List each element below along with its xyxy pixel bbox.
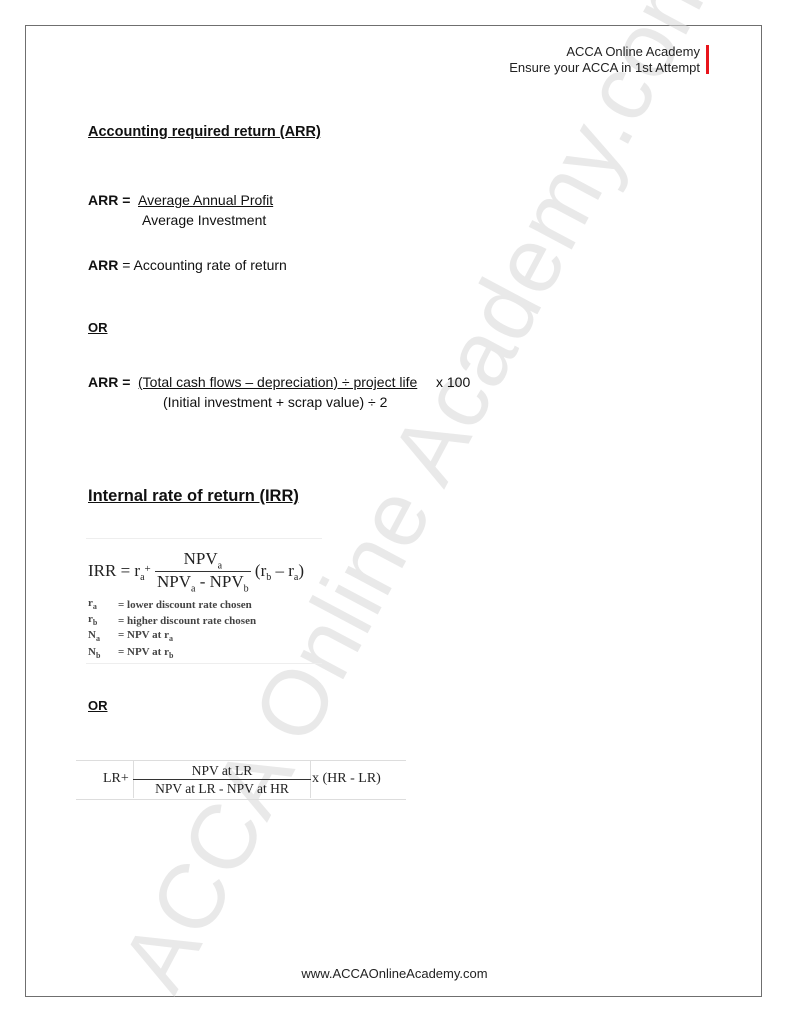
irr-formula: IRR = ra+ NPVa NPVa - NPVb (rb – ra) [88,549,304,595]
irr-heading: Internal rate of return (IRR) [88,487,299,506]
legend-symbol: ra [88,597,118,613]
arr-formula-1: ARR = [88,192,130,208]
irr-tail-end: ) [298,561,304,580]
legend-symbol: Na [88,629,118,645]
irr-formula-image: IRR = ra+ NPVa NPVa - NPVb (rb – ra) ra=… [86,538,322,664]
arr-formula-1-denominator: Average Investment [142,212,266,228]
irr-plus: + [145,563,151,575]
irr-den-b: NPV [210,572,244,591]
arr-formula-2-multiplier: x 100 [436,374,470,390]
legend-meaning-text: = NPV at r [118,629,169,641]
legend-meaning-sub: a [169,635,173,644]
lr-fraction-cell: NPV at LR NPV at LR - NPV at HR [133,760,311,798]
legend-symbol-text: N [88,629,96,641]
header-accent-bar [706,45,709,74]
arr-formula-1-numerator: Average Annual Profit [138,192,273,208]
irr-num-sub: a [218,560,222,571]
irr-num-text: NPV [184,549,218,568]
arr-heading: Accounting required return (ARR) [88,124,321,140]
legend-meaning: = higher discount rate chosen [118,613,256,629]
irr-tail-mid: – r [271,561,294,580]
legend-meaning: = NPV at rb [118,646,256,662]
irr-legend-row: Na= NPV at ra [88,629,256,645]
legend-meaning: = NPV at ra [118,629,256,645]
footer-url: www.ACCAOnlineAcademy.com [0,966,789,981]
legend-symbol-sub: a [93,602,97,611]
legend-meaning-text: = higher discount rate chosen [118,615,256,627]
irr-denominator: NPVa - NPVb [155,572,251,594]
irr-or-label: OR [88,698,108,713]
lr-formula-image: LR+ NPV at LR NPV at LR - NPV at HR x (H… [76,760,406,800]
legend-symbol: Nb [88,646,118,662]
lr-tail: x (HR - LR) [312,771,381,787]
legend-meaning: = lower discount rate chosen [118,597,256,613]
header-tagline: Ensure your ACCA in 1st Attempt [509,60,700,76]
irr-lhs: IRR = r [88,561,140,580]
lr-numerator: NPV at LR [134,760,310,779]
lr-lhs: LR+ [103,771,129,787]
legend-symbol-sub: b [93,618,97,627]
arr-formula-2-numerator: (Total cash flows – depreciation) ÷ proj… [138,374,417,390]
legend-meaning-text: = NPV at r [118,646,169,658]
irr-legend: ra= lower discount rate chosenrb= higher… [88,597,256,662]
irr-den-a: NPV [157,572,191,591]
irr-legend-row: ra= lower discount rate chosen [88,597,256,613]
irr-fraction: NPVa NPVa - NPVb [155,549,251,595]
irr-legend-row: Nb= NPV at rb [88,646,256,662]
legend-symbol-sub: a [96,635,100,644]
legend-meaning-sub: b [169,651,173,660]
lr-denominator: NPV at LR - NPV at HR [134,780,310,797]
arr-or-label: OR [88,320,108,335]
arr-formula-2-denominator: (Initial investment + scrap value) ÷ 2 [163,394,387,410]
legend-meaning-text: = lower discount rate chosen [118,599,252,611]
irr-den-b-sub: b [244,584,249,595]
irr-den-minus: - [195,572,209,591]
header-branding: ACCA Online Academy Ensure your ACCA in … [509,44,700,76]
arr-formula-1-lhs: ARR = [88,192,130,208]
irr-tail: (r [255,561,266,580]
header-title: ACCA Online Academy [509,44,700,60]
arr-definition: ARR = Accounting rate of return [88,257,287,273]
legend-symbol-text: N [88,646,96,658]
arr-definition-text: = Accounting rate of return [122,257,287,273]
legend-symbol-sub: b [96,651,100,660]
irr-legend-row: rb= higher discount rate chosen [88,613,256,629]
legend-symbol: rb [88,613,118,629]
arr-formula-2-lhs: ARR = [88,374,130,390]
arr-definition-term: ARR [88,257,118,273]
irr-numerator: NPVa [155,549,251,572]
